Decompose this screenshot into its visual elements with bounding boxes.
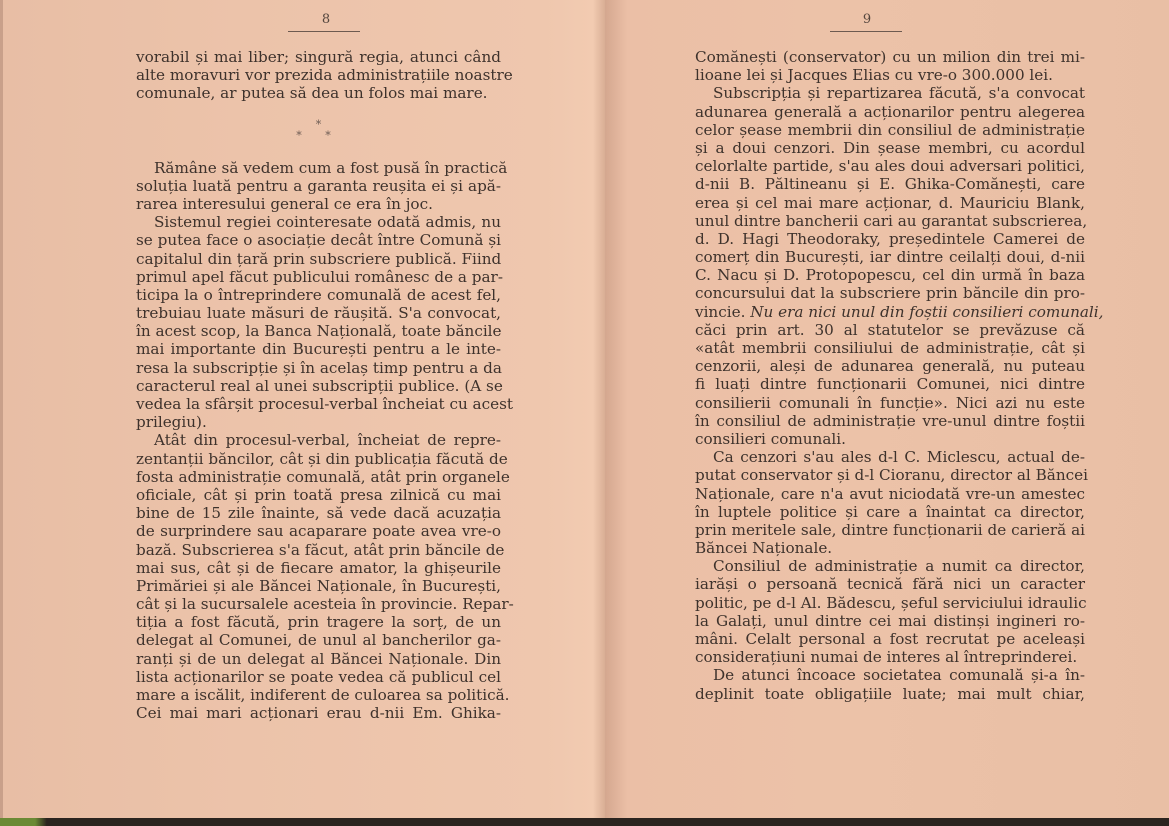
continued-paragraph: Comănești (conservator) cu un milion din…: [695, 48, 1085, 84]
text-line: Subscripția și repartizarea făcută, s'a …: [695, 84, 1085, 102]
text-line: unul dintre bancherii cari au garantat s…: [695, 212, 1085, 230]
text-line: fosta administrație comunală, atât prin …: [136, 468, 501, 486]
text-line: vorabil și mai liber; singură regia, atu…: [136, 48, 501, 66]
text-line: Comănești (conservator) cu un milion din…: [695, 48, 1085, 66]
text-line: resa la subscripție și în acelaș timp pe…: [136, 359, 501, 377]
text-line: trebuiau luate măsuri de răușită. S'a co…: [136, 304, 501, 322]
text-line: bază. Subscrierea s'a făcut, atât prin b…: [136, 541, 501, 559]
text-line: Consiliul de administrație a numit ca di…: [695, 557, 1085, 575]
text-line: celorlalte partide, s'au ales doui adver…: [695, 157, 1085, 175]
text-line: Cei mai mari acționari erau d-nii Em. Gh…: [136, 704, 501, 722]
text-line: rarea interesului general ce era în joc.: [136, 195, 501, 213]
text-line: se putea face o asociație decât între Co…: [136, 231, 501, 249]
book-spread: 8 vorabil și mai liber; singură regia, a…: [0, 0, 1169, 818]
paragraph: Atât din procesul-verbal, încheiat de re…: [136, 431, 501, 722]
text-line: consilierii comunali în funcție». Nici a…: [695, 394, 1085, 412]
left-page: 8 vorabil și mai liber; singură regia, a…: [0, 0, 605, 818]
paragraph: Subscripția și repartizarea făcută, s'a …: [695, 84, 1085, 448]
text-line: mai sus, cât și de fiecare amator, la gh…: [136, 559, 501, 577]
text-line: deplinit toate obligațiile luate; mai mu…: [695, 685, 1085, 703]
text-line: Sistemul regiei cointeresate odată admis…: [136, 213, 501, 231]
text-line: oficiale, cât și prin toată presa zilnic…: [136, 486, 501, 504]
text-line: mâni. Celalt personal a fost recrutat pe…: [695, 630, 1085, 648]
italic-emphasis: Nu era nici unul din foștii consilieri c…: [750, 303, 1103, 321]
text-line: soluția luată pentru a garanta reușita e…: [136, 177, 501, 195]
text-line: delegat al Comunei, de unul al bancheril…: [136, 631, 501, 649]
text-line: adunarea generală a acționarilor pentru …: [695, 103, 1085, 121]
paragraph: Rămâne să vedem cum a fost pusă în pract…: [136, 159, 501, 214]
paragraph: De atunci încoace societatea comunală și…: [695, 666, 1085, 702]
text-line: alte moravuri vor prezida administrațiil…: [136, 66, 501, 84]
text-line: vedea la sfârșit procesul-verbal încheia…: [136, 395, 501, 413]
text-line: capitalul din țară prin subscriere publi…: [136, 250, 501, 268]
text-line: De atunci încoace societatea comunală și…: [695, 666, 1085, 684]
text-line: vincie. Nu era nici unul din foștii cons…: [695, 303, 1085, 321]
text-line: lioane lei și Jacques Elias cu vre-o 300…: [695, 66, 1085, 84]
text-line: la Galați, unul dintre cei mai distinși …: [695, 612, 1085, 630]
folio-rule: [288, 31, 360, 32]
text-line: mare a iscălit, indiferent de culoarea s…: [136, 686, 501, 704]
text-line: de surprindere sau acaparare poate avea …: [136, 522, 501, 540]
page-edge: [0, 0, 3, 818]
text-line: în luptele politice și care a înaintat c…: [695, 503, 1085, 521]
text-line: erea și cel mai mare acționar, d. Mauric…: [695, 194, 1085, 212]
text-line: comunale, ar putea să dea un folos mai m…: [136, 84, 501, 102]
text-line: «atât membrii consiliului de administraț…: [695, 339, 1085, 357]
text-line: prilegiu).: [136, 413, 501, 431]
page-number: 8: [316, 12, 336, 27]
text-line: fi luați dintre funcționarii Comunei, ni…: [695, 375, 1085, 393]
paragraph: Ca cenzori s'au ales d-l C. Miclescu, ac…: [695, 448, 1085, 557]
section-break-asterism: * * *: [136, 119, 501, 141]
text-line: Atât din procesul-verbal, încheiat de re…: [136, 431, 501, 449]
text-line: căci prin art. 30 al statutelor se prevă…: [695, 321, 1085, 339]
text-line: bine de 15 zile înainte, să vede dacă ac…: [136, 504, 501, 522]
text-line: Rămâne să vedem cum a fost pusă în pract…: [136, 159, 501, 177]
text-line: prin meritele sale, dintre funcționarii …: [695, 521, 1085, 539]
text-line: concursului dat la subscriere prin bănci…: [695, 284, 1085, 302]
text-line: ranți și de un delegat al Băncei Naționa…: [136, 650, 501, 668]
paragraph: Consiliul de administrație a numit ca di…: [695, 557, 1085, 666]
right-text-column: Comănești (conservator) cu un milion din…: [695, 48, 1085, 703]
text-line: Băncei Naționale.: [695, 539, 1085, 557]
text-line: ticipa la o întreprindere comunală de ac…: [136, 286, 501, 304]
text-line: zentanții băncilor, cât și din publicați…: [136, 450, 501, 468]
scan-background-strip: [0, 818, 1169, 826]
text-line: mai importante din București pentru a le…: [136, 340, 501, 358]
text-line: Primăriei și ale Băncei Naționale, în Bu…: [136, 577, 501, 595]
text-line: și a doui cenzori. Din șease membri, cu …: [695, 139, 1085, 157]
text-line: Naționale, care n'a avut niciodată vre-u…: [695, 485, 1085, 503]
continued-paragraph: vorabil și mai liber; singură regia, atu…: [136, 48, 501, 103]
text-line: consilieri comunali.: [695, 430, 1085, 448]
text-line: cât și la sucursalele acesteia în provin…: [136, 595, 501, 613]
text-line: C. Nacu și D. Protopopescu, cel din urmă…: [695, 266, 1085, 284]
text-line: iarăși o persoană tecnică fără nici un c…: [695, 575, 1085, 593]
text-line: în acest scop, la Banca Națională, toate…: [136, 322, 501, 340]
text-line: politic, pe d-l Al. Bădescu, șeful servi…: [695, 594, 1085, 612]
paragraph: Sistemul regiei cointeresate odată admis…: [136, 213, 501, 431]
text-line: Ca cenzori s'au ales d-l C. Miclescu, ac…: [695, 448, 1085, 466]
text-line: caracterul real al unei subscripții publ…: [136, 377, 501, 395]
text-line: celor șease membrii din consiliul de adm…: [695, 121, 1085, 139]
text-line: primul apel făcut publicului românesc de…: [136, 268, 501, 286]
text-line: lista acționarilor se poate vedea că pub…: [136, 668, 501, 686]
text-line: d. D. Hagi Theodoraky, președintele Came…: [695, 230, 1085, 248]
text-line: în consiliul de administrație vre-unul d…: [695, 412, 1085, 430]
text-line: comerț din București, iar dintre ceilalț…: [695, 248, 1085, 266]
folio-rule: [830, 31, 902, 32]
text-line: d-nii B. Păltineanu și E. Ghika-Comăneșt…: [695, 175, 1085, 193]
text-line: considerațiuni numai de interes al între…: [695, 648, 1085, 666]
right-page: 9 Comănești (conservator) cu un milion d…: [605, 0, 1169, 818]
text-line: putat conservator și d-l Cioranu, direct…: [695, 466, 1085, 484]
text-line: tiția a fost făcută, prin tragere la sor…: [136, 613, 501, 631]
page-number: 9: [857, 12, 877, 27]
left-text-column: vorabil și mai liber; singură regia, atu…: [136, 48, 501, 722]
text-line: cenzorii, aleși de adunarea generală, nu…: [695, 357, 1085, 375]
